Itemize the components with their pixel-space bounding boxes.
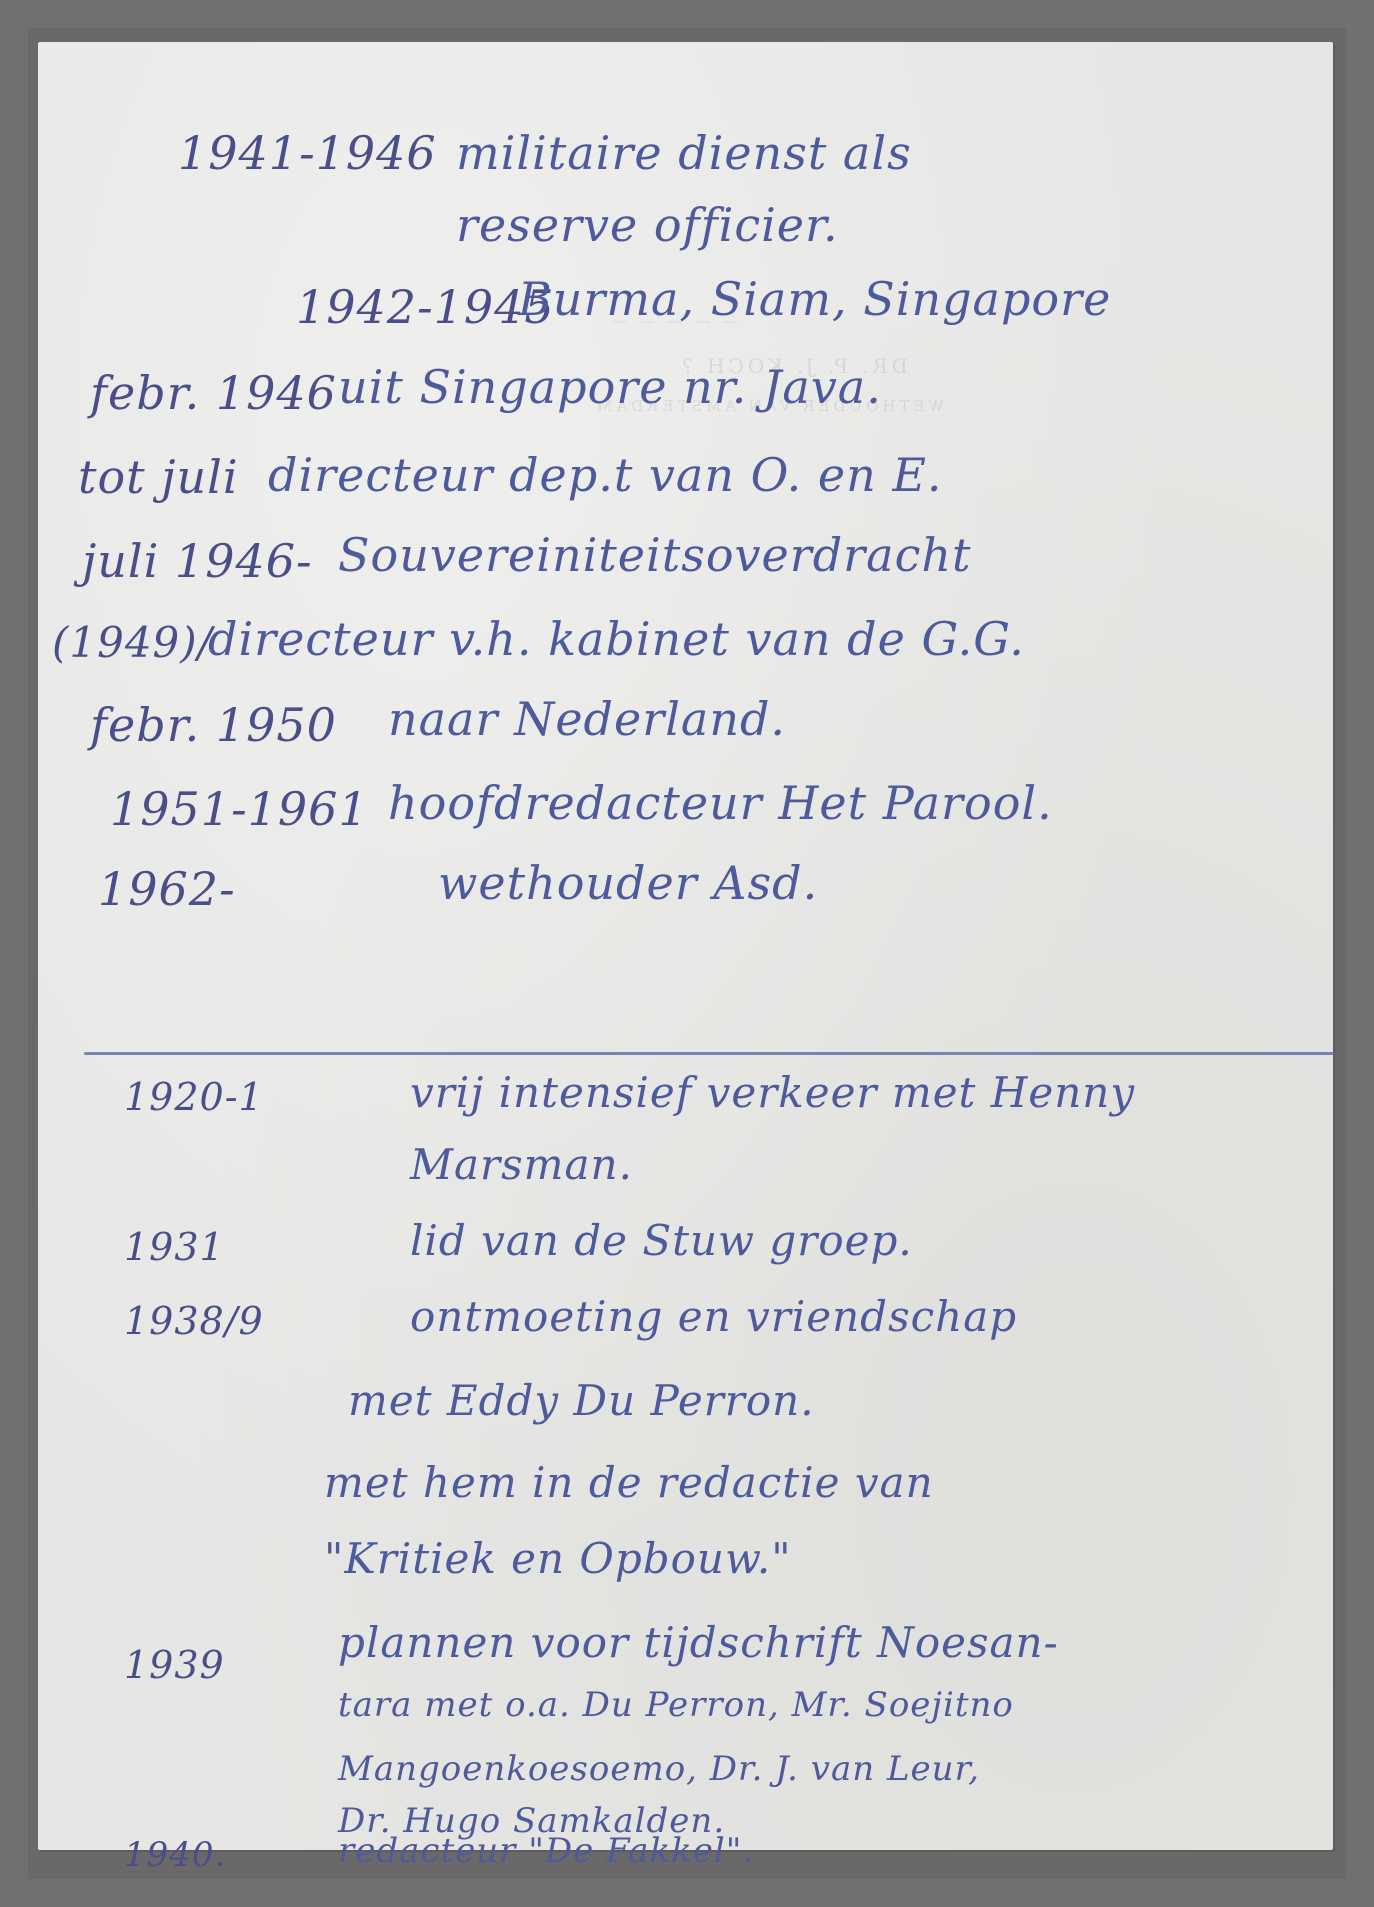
entry-date: 1951-1961: [110, 786, 369, 832]
entry-date: febr. 1946: [90, 370, 337, 416]
entry-text: tara met o.a. Du Perron, Mr. Soejitno: [338, 1688, 1014, 1722]
entry-date: febr. 1950: [90, 702, 337, 748]
entry-text: Marsman.: [410, 1144, 633, 1186]
entry-date: 1962-: [98, 866, 236, 912]
entry-date: tot juli: [78, 454, 239, 500]
entry-date: juli 1946-: [82, 538, 313, 584]
entry-text: directeur dep.t van O. en E.: [268, 452, 943, 498]
entry-text: uit Singapore nr. Java.: [338, 364, 882, 410]
entry-text: wethouder Asd.: [438, 860, 818, 906]
entry-date: 1941-1946: [178, 130, 437, 176]
entry-text: naar Nederland.: [388, 696, 786, 742]
entry-text: Mangoenkoesoemo, Dr. J. van Leur,: [338, 1752, 980, 1786]
entry-date: 1931: [124, 1228, 225, 1266]
entry-text: redacteur "De Fakkel".: [338, 1834, 754, 1868]
paper-sheet: — — — — — DR. P. J. KOCH ? WETHOUDER VAN…: [38, 42, 1333, 1850]
entry-text: met Eddy Du Perron.: [348, 1380, 815, 1422]
entry-text: vrij intensief verkeer met Henny: [410, 1072, 1135, 1114]
entry-text: militaire dienst als: [456, 130, 912, 176]
entry-date: 1939: [124, 1646, 225, 1684]
entry-text: met hem in de redactie van: [324, 1462, 934, 1504]
entry-text: hoofdredacteur Het Parool.: [388, 780, 1053, 826]
entry-text: plannen voor tijdschrift Noesan-: [338, 1622, 1059, 1664]
entry-date: 1940.: [124, 1838, 226, 1872]
entry-text: "Kritiek en Opbouw.": [324, 1538, 792, 1580]
entry-text: Burma, Siam, Singapore: [518, 276, 1111, 322]
entry-date: (1949)/: [52, 622, 213, 664]
entry-date: 1938/9: [124, 1302, 264, 1340]
entry-date: 1942-1945: [296, 284, 555, 330]
section-divider: [84, 1052, 1334, 1055]
entry-text: directeur v.h. kabinet van de G.G.: [208, 616, 1025, 662]
entry-text: Souvereiniteitsoverdracht: [338, 532, 971, 578]
entry-text: ontmoeting en vriendschap: [410, 1296, 1017, 1338]
entry-text: reserve officier.: [456, 202, 839, 248]
entry-text: lid van de Stuw groep.: [410, 1220, 913, 1262]
entry-date: 1920-1: [124, 1078, 264, 1116]
